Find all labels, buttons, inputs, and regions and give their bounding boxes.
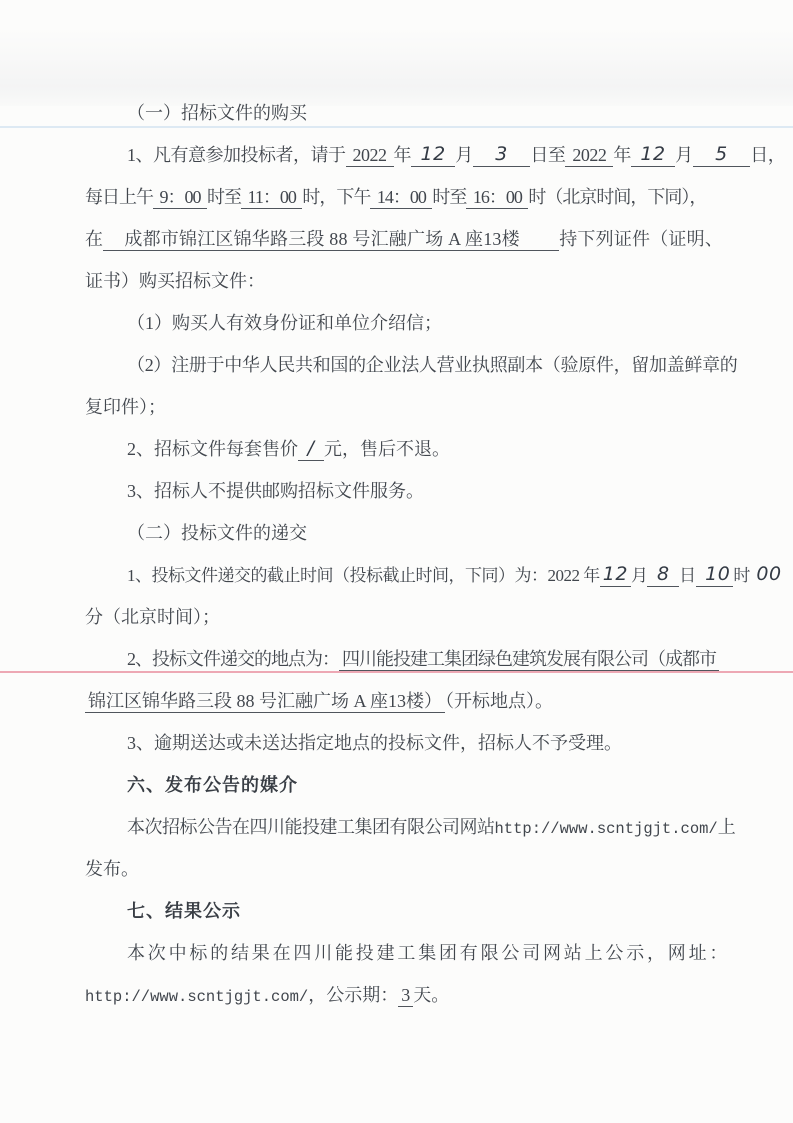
text-segment: 复印件）； <box>85 397 166 417</box>
underlined-text: 14：00 <box>370 187 432 209</box>
text-segment: 本次中标的结果在四川能投建工集团有限公司网站上公示，网址： <box>127 943 730 963</box>
document-text: （一）招标文件的购买1、凡有意参加投标者，请于 2022 年 12 月 3 日至… <box>85 92 713 1016</box>
price-line: 2、招标文件每套售价 / 元，售后不退。 <box>85 428 713 470</box>
underlined-text: 16：00 <box>466 187 528 209</box>
text-segment: 日至 <box>530 145 565 165</box>
late-delivery-line: 3、逾期送达或未送达指定地点的投标文件，招标人不予受理。 <box>85 722 713 764</box>
buy-line-4: 证书）购买招标文件： <box>85 260 713 302</box>
url-text: http://www.scntjgjt.com/ <box>85 988 308 1006</box>
url-text: http://www.scntjgjt.com/ <box>495 820 718 838</box>
handwritten-value: 12 <box>411 143 455 167</box>
text-segment: 2、投标文件递交的地点为： <box>127 649 339 669</box>
document-page: （一）招标文件的购买1、凡有意参加投标者，请于 2022 年 12 月 3 日至… <box>0 0 793 1123</box>
address-line-1: 2、投标文件递交的地点为：四川能投建工集团绿色建筑发展有限公司（成都市 <box>85 638 713 680</box>
media-line-1: 本次招标公告在四川能投建工集团有限公司网站http://www.scntjgjt… <box>85 806 713 848</box>
text-segment: 年 <box>394 145 412 165</box>
handwritten-value: 3 <box>473 143 531 167</box>
text-segment: 1、投标文件递交的截止时间（投标截止时间，下同）为：2022 年 <box>127 566 600 585</box>
text-segment: 日， <box>750 145 785 165</box>
buy-line-3: 在 成都市锦江区锦华路三段 88 号汇融广场 A 座13楼 持下列证件（证明、 <box>85 218 713 260</box>
address-line-2: 锦江区锦华路三段 88 号汇融广场 A 座13楼）（开标地点）。 <box>85 680 713 722</box>
cert-item-1: （1）购买人有效身份证和单位介绍信； <box>85 302 713 344</box>
text-segment: 时至 <box>432 187 466 207</box>
text-segment: 持下列证件（证明、 <box>559 229 723 249</box>
media-line-2: 发布。 <box>85 848 713 890</box>
text-segment: 2、招标文件每套售价 <box>127 439 298 459</box>
text-segment: （1）购买人有效身份证和单位介绍信； <box>127 313 442 333</box>
underlined-text: 四川能投建工集团绿色建筑发展有限公司（成都市 <box>339 649 719 671</box>
result-line-1: 本次中标的结果在四川能投建工集团有限公司网站上公示，网址： <box>85 932 713 974</box>
handwritten-value: 8 <box>647 563 679 587</box>
text-segment: 月 <box>631 566 648 585</box>
text-segment: 3、逾期送达或未送达指定地点的投标文件，招标人不予受理。 <box>127 733 622 753</box>
text-segment: 每日上午 <box>85 187 153 207</box>
heading-section-1: （一）招标文件的购买 <box>85 92 713 134</box>
text-segment: 时至 <box>207 187 241 207</box>
text-segment: 日 <box>679 566 696 585</box>
underlined-text: 成都市锦江区锦华路三段 88 号汇融广场 A 座13楼 <box>103 229 559 251</box>
buy-line-2: 每日上午 9：00 时至 11：00 时，下午 14：00 时至 16：00 时… <box>85 176 713 218</box>
deadline-line-1: 1、投标文件递交的截止时间（投标截止时间，下同）为：2022 年12月 8 日 … <box>85 554 713 596</box>
text-segment: （一）招标文件的购买 <box>127 103 307 123</box>
no-mail-line: 3、招标人不提供邮购招标文件服务。 <box>85 470 713 512</box>
text-segment: 证书）购买招标文件： <box>85 271 265 291</box>
underlined-text: 9：00 <box>153 187 207 209</box>
deadline-line-2: 分（北京时间）； <box>85 596 713 638</box>
text-segment: 月 <box>455 145 473 165</box>
text-segment: 六、发布公告的媒介 <box>127 775 298 795</box>
handwritten-value: 12 <box>631 143 675 167</box>
text-segment: 本次招标公告在四川能投建工集团有限公司网站 <box>127 817 495 837</box>
text-segment: 分（北京时间）； <box>85 607 220 627</box>
underlined-text: 2022 <box>346 145 394 167</box>
text-segment: （二）投标文件的递交 <box>127 523 307 543</box>
underlined-text: 2022 <box>565 145 613 167</box>
handwritten-value: 12 <box>600 563 631 587</box>
heading-section-2: （二）投标文件的递交 <box>85 512 713 554</box>
result-line-2: http://www.scntjgjt.com/，公示期：3天。 <box>85 974 713 1016</box>
text-segment: 3、招标人不提供邮购招标文件服务。 <box>127 481 424 501</box>
underlined-text: 11：00 <box>241 187 302 209</box>
text-segment: 发布。 <box>85 859 139 879</box>
handwritten-value: 00 <box>750 563 782 585</box>
text-segment: 七、结果公示 <box>127 901 241 921</box>
text-segment: 时 <box>733 566 750 585</box>
text-segment: （开标地点）。 <box>445 691 553 711</box>
text-segment: ，公示期： <box>308 985 398 1005</box>
underlined-text: 锦江区锦华路三段 88 号汇融广场 A 座13楼） <box>85 691 445 713</box>
text-segment: 时（北京时间，下同）， <box>528 187 706 207</box>
handwritten-value: 5 <box>693 143 751 167</box>
buy-line-1: 1、凡有意参加投标者，请于 2022 年 12 月 3 日至 2022 年 12… <box>85 134 713 176</box>
cert-item-2a: （2）注册于中华人民共和国的企业法人营业执照副本（验原件，留加盖鲜章的 <box>85 344 713 386</box>
text-segment: 1、凡有意参加投标者，请于 <box>127 145 346 165</box>
text-segment: 年 <box>613 145 631 165</box>
text-segment: 时，下午 <box>302 187 370 207</box>
underlined-text: 3 <box>398 985 413 1007</box>
heading-section-6: 六、发布公告的媒介 <box>85 764 713 806</box>
text-segment: 月 <box>675 145 693 165</box>
text-segment: 元，售后不退。 <box>324 439 450 459</box>
text-segment: （2）注册于中华人民共和国的企业法人营业执照副本（验原件，留加盖鲜章的 <box>127 355 738 375</box>
text-segment: 在 <box>85 229 103 249</box>
handwritten-value: / <box>298 437 324 461</box>
handwritten-value: 10 <box>696 563 734 587</box>
cert-item-2b: 复印件）； <box>85 386 713 428</box>
heading-section-7: 七、结果公示 <box>85 890 713 932</box>
text-segment: 天。 <box>413 985 449 1005</box>
text-segment: 上 <box>718 817 736 837</box>
